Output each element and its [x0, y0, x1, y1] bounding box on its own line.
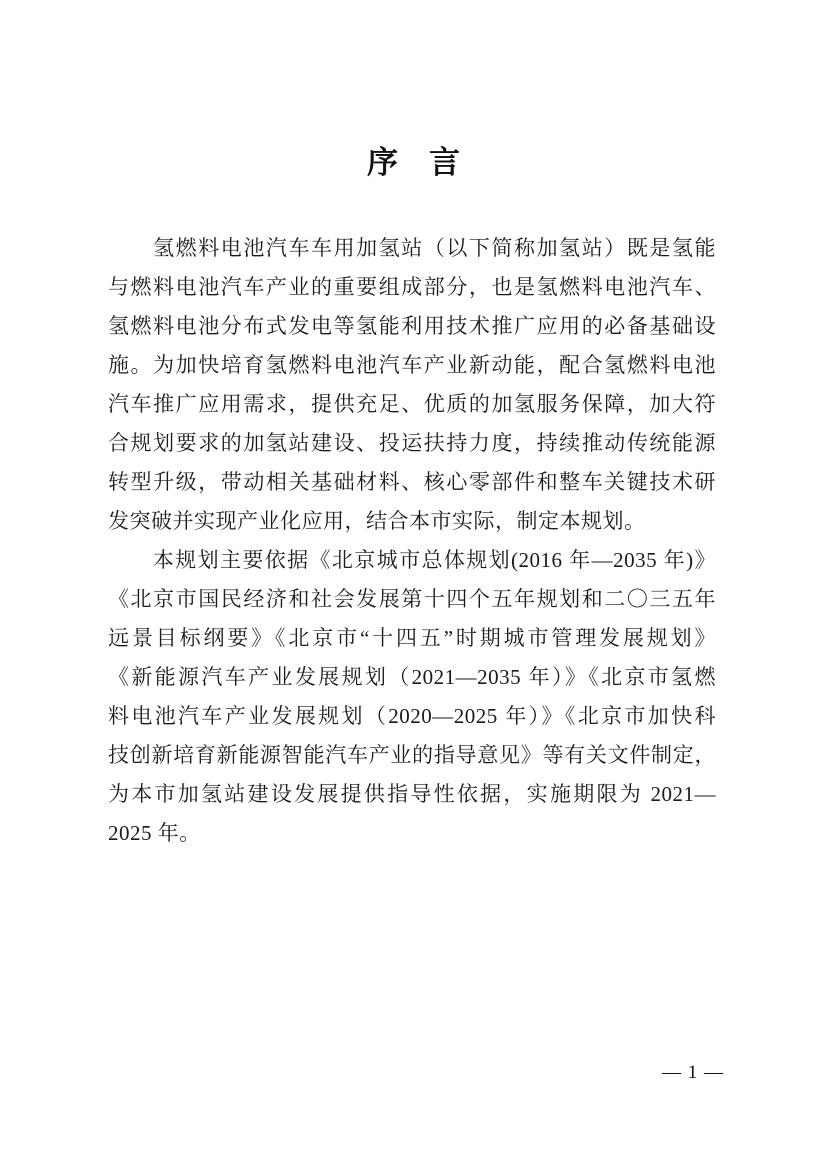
text-line: 转型升级，带动相关基础材料、核心零部件和整车关键技术研 — [108, 463, 716, 502]
page-number: — 1 — — [662, 1060, 724, 1086]
paragraph-basis: 本规划主要依据《北京城市总体规划(2016 年—2035 年)》《北京市国民经济… — [108, 541, 716, 853]
text-line: 《北京市国民经济和社会发展第十四个五年规划和二〇三五年 — [108, 580, 716, 619]
text-line: 技创新培育新能源智能汽车产业的指导意见》等有关文件制定， — [108, 736, 716, 775]
text-line: 氢燃料电池汽车车用加氢站（以下简称加氢站）既是氢能 — [108, 229, 716, 268]
text-line: 料电池汽车产业发展规划（2020—2025 年）》《北京市加快科 — [108, 697, 716, 736]
text-line: 2025 年。 — [108, 814, 716, 853]
document-title: 序 言 — [0, 141, 827, 185]
paragraph-intro: 氢燃料电池汽车车用加氢站（以下简称加氢站）既是氢能与燃料电池汽车产业的重要组成部… — [108, 229, 716, 541]
text-line: 合规划要求的加氢站建设、投运扶持力度，持续推动传统能源 — [108, 424, 716, 463]
text-line: 《新能源汽车产业发展规划（2021—2035 年）》《北京市氢燃 — [108, 658, 716, 697]
document-page: 序 言 氢燃料电池汽车车用加氢站（以下简称加氢站）既是氢能与燃料电池汽车产业的重… — [0, 0, 827, 1169]
text-line: 发突破并实现产业化应用，结合本市实际，制定本规划。 — [108, 502, 716, 541]
text-line: 施。为加快培育氢燃料电池汽车产业新动能，配合氢燃料电池 — [108, 346, 716, 385]
text-line: 远景目标纲要》《北京市“十四五”时期城市管理发展规划》 — [108, 619, 716, 658]
document-body: 氢燃料电池汽车车用加氢站（以下简称加氢站）既是氢能与燃料电池汽车产业的重要组成部… — [108, 229, 716, 853]
text-line: 与燃料电池汽车产业的重要组成部分，也是氢燃料电池汽车、 — [108, 268, 716, 307]
text-line: 本规划主要依据《北京城市总体规划(2016 年—2035 年)》 — [108, 541, 716, 580]
text-line: 氢燃料电池分布式发电等氢能利用技术推广应用的必备基础设 — [108, 307, 716, 346]
text-line: 为本市加氢站建设发展提供指导性依据，实施期限为 2021— — [108, 775, 716, 814]
text-line: 汽车推广应用需求，提供充足、优质的加氢服务保障，加大符 — [108, 385, 716, 424]
